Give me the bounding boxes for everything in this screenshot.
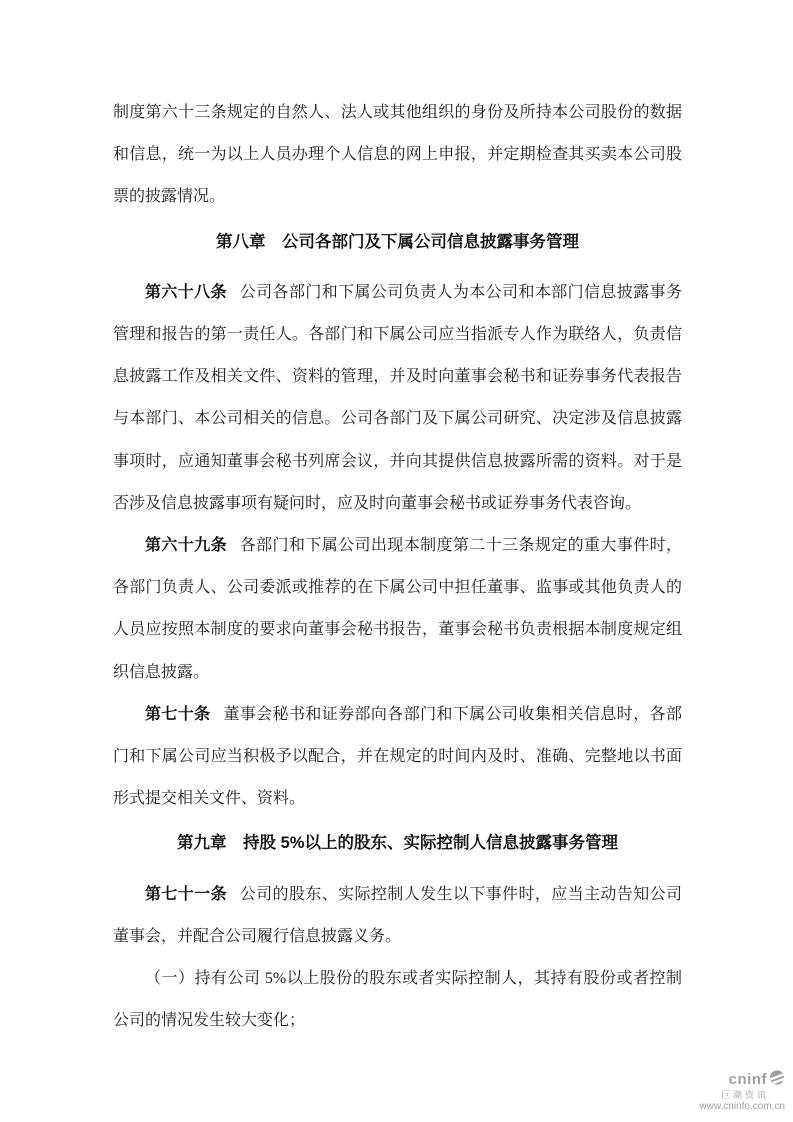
- article-69-number: 第六十九条: [145, 537, 227, 554]
- chapter-9-heading: 第九章 持股 5%以上的股东、实际控制人信息披露事务管理: [113, 822, 682, 864]
- article-70-paragraph: 第七十条董事会秘书和证券部向各部门和下属公司收集相关信息时，各部门和下属公司应当…: [113, 694, 682, 821]
- cninfo-url: www.cninfo.com.cn: [699, 1101, 785, 1113]
- cninfo-swirl-icon: [769, 1070, 785, 1090]
- document-body: 制度第六十三条规定的自然人、法人或其他组织的身份及所持本公司股份的数据和信息，统…: [113, 92, 682, 1042]
- article-69-paragraph: 第六十九条各部门和下属公司出现本制度第二十三条规定的重大事件时，各部门负责人、公…: [113, 525, 682, 694]
- paragraph-article-67-continuation: 制度第六十三条规定的自然人、法人或其他组织的身份及所持本公司股份的数据和信息，统…: [113, 92, 682, 219]
- article-69-text: 各部门和下属公司出现本制度第二十三条规定的重大事件时，各部门负责人、公司委派或推…: [113, 537, 682, 681]
- list-item-1: （一）持有公司 5%以上股份的股东或者实际控制人，其持有股份或者控制公司的情况发…: [113, 958, 682, 1042]
- chapter-8-heading: 第八章 公司各部门及下属公司信息披露事务管理: [113, 221, 682, 263]
- document-page: 制度第六十三条规定的自然人、法人或其他组织的身份及所持本公司股份的数据和信息，统…: [0, 0, 793, 1122]
- cninfo-logo-text: cninf: [729, 1071, 767, 1088]
- cninfo-chinese-name: 巨潮资讯: [699, 1090, 769, 1100]
- cninfo-logo-row: cninf: [699, 1070, 785, 1090]
- cninfo-watermark: cninf 巨潮资讯 www.cninfo.com.cn: [699, 1070, 785, 1112]
- article-68-number: 第六十八条: [145, 284, 227, 301]
- article-71-paragraph: 第七十一条公司的股东、实际控制人发生以下事件时，应当主动告知公司董事会，并配合公…: [113, 874, 682, 958]
- article-70-number: 第七十条: [145, 706, 211, 723]
- article-71-number: 第七十一条: [145, 886, 227, 903]
- article-68-paragraph: 第六十八条公司各部门和下属公司负责人为本公司和本部门信息披露事务管理和报告的第一…: [113, 272, 682, 525]
- article-68-text: 公司各部门和下属公司负责人为本公司和本部门信息披露事务管理和报告的第一责任人。各…: [113, 284, 682, 512]
